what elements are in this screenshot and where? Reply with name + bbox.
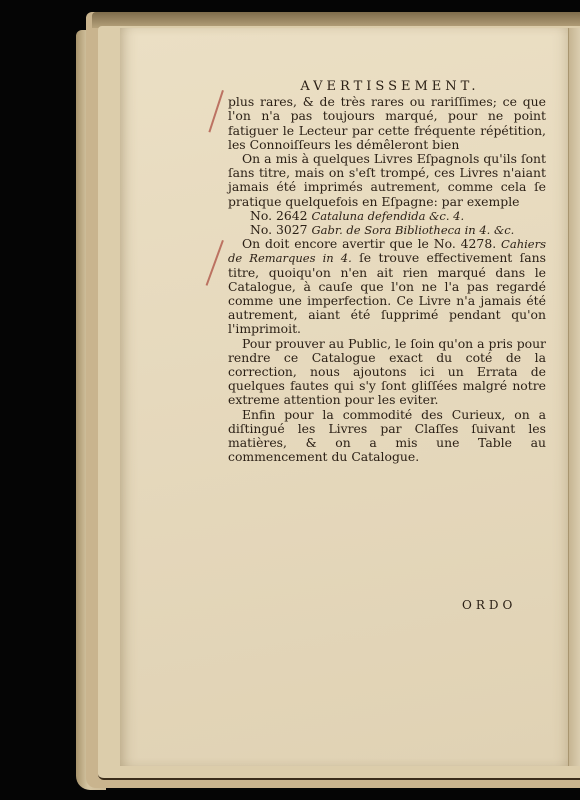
- reference-1-number: No. 2642: [250, 208, 308, 223]
- reference-1: No. 2642 Cataluna defendida &c. 4.: [228, 209, 546, 223]
- page-heading: AVERTISSEMENT.: [228, 80, 546, 94]
- reference-2: No. 3027 Gabr. de Sora Bibliotheca in 4.…: [228, 223, 546, 237]
- paragraph-1: plus rares, & de très rares ou rariſſime…: [228, 95, 546, 152]
- page-text: AVERTISSEMENT. plus rares, & de très rar…: [228, 80, 546, 464]
- right-page-fold: [568, 28, 580, 766]
- reference-2-number: No. 3027: [250, 222, 308, 237]
- catchword: ORDO: [462, 598, 516, 612]
- paragraph-5: Enfin pour la commodité des Curieux, on …: [228, 408, 546, 465]
- reference-1-title: Cataluna defendida &c. 4.: [311, 209, 464, 223]
- paragraph-2: On a mis à quelques Livres Eſpagnols qu'…: [228, 152, 546, 209]
- reference-2-title: Gabr. de Sora Bibliotheca in 4. &c.: [311, 223, 514, 237]
- paragraph-3-start: On doit encore avertir que le No. 4278.: [242, 236, 496, 251]
- paragraph-4: Pour prouver au Public, le ſoin qu'on a …: [228, 337, 546, 408]
- paragraph-3: On doit encore avertir que le No. 4278. …: [228, 237, 546, 336]
